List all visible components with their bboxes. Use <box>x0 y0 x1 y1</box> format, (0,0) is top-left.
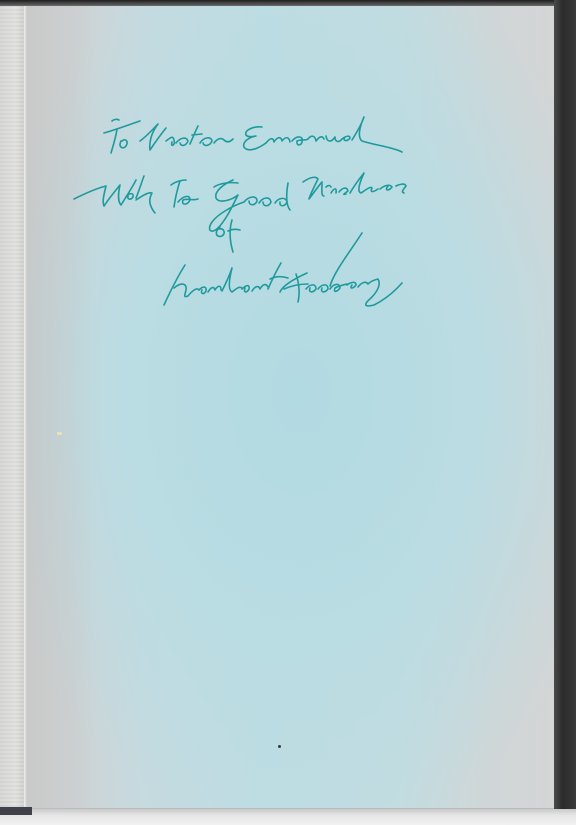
handwritten-inscription <box>0 0 576 825</box>
line-to-victor-emanuel <box>104 117 402 153</box>
line-herbert-hoover-signature <box>164 233 402 306</box>
book-endpaper-photo: To Victor Emanuel With the Good Wishes o… <box>0 0 576 825</box>
line-with-the-good-wishes <box>74 173 406 231</box>
inscription-strokes <box>0 0 576 825</box>
